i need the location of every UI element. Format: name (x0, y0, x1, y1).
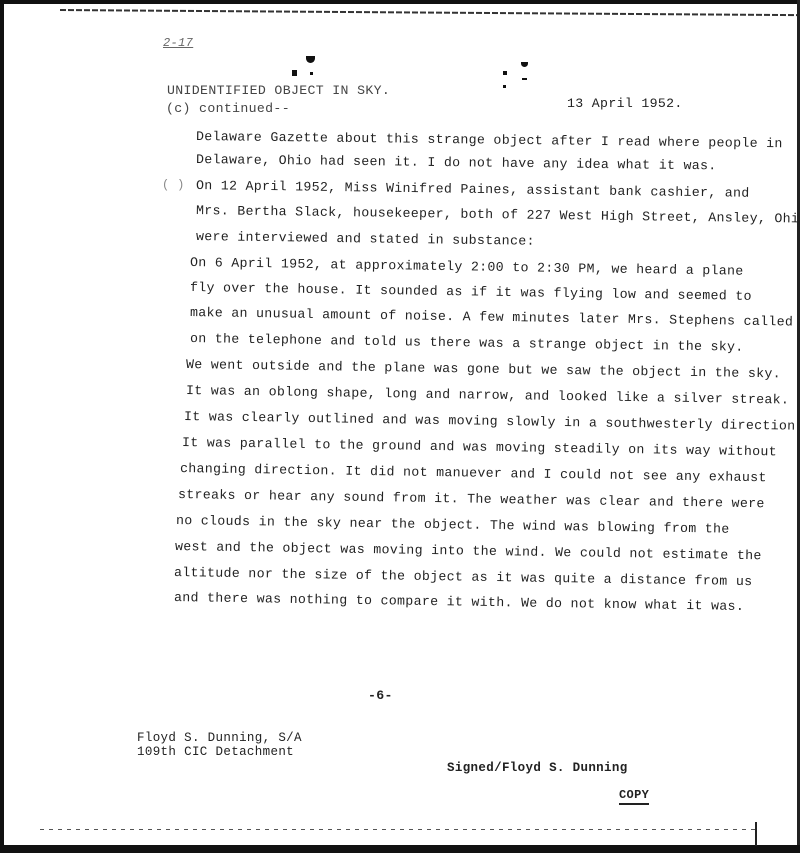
ink-speck (306, 56, 315, 63)
subject-heading: UNIDENTIFIED OBJECT IN SKY. (167, 83, 390, 98)
body-line: On 12 April 1952, Miss Winifred Paines, … (196, 178, 750, 201)
body-line: Mrs. Bertha Slack, housekeeper, both of … (196, 203, 800, 227)
document-date: 13 April 1952. (567, 96, 683, 111)
body-line: It was clearly outlined and was moving s… (184, 409, 800, 434)
ink-speck (292, 70, 297, 76)
ink-speck (503, 85, 506, 88)
agent-unit: 109th CIC Detachment (137, 745, 294, 759)
body-line: streaks or hear any sound from it. The w… (178, 487, 765, 511)
copy-stamp: COPY (619, 788, 649, 805)
body-line: fly over the house. It sounded as if it … (190, 280, 752, 304)
body-line: and there was nothing to compare it with… (174, 590, 744, 614)
body-line: on the telephone and told us there was a… (190, 331, 744, 355)
body-line: make an unusual amount of noise. A few m… (190, 305, 793, 329)
ink-speck (503, 71, 507, 75)
margin-mark: ( ) (162, 178, 185, 192)
scan-border-bottom (0, 845, 800, 853)
scan-mark (755, 822, 757, 846)
page-number: -6- (368, 688, 393, 703)
scan-border-top (0, 0, 800, 4)
scan-border-left (0, 0, 4, 853)
body-line: It was an oblong shape, long and narrow,… (186, 383, 789, 407)
ink-speck (521, 62, 528, 67)
body-line: altitude nor the size of the object as i… (174, 565, 753, 589)
agent-name: Floyd S. Dunning, S/A (137, 731, 302, 745)
body-line: were interviewed and stated in substance… (196, 229, 535, 249)
ink-speck (310, 72, 313, 75)
body-line: Delaware, Ohio had seen it. I do not hav… (196, 152, 717, 173)
scan-border-top-rule (60, 9, 800, 16)
scan-border-bottom-rule (40, 829, 760, 830)
signature: Signed/Floyd S. Dunning (447, 761, 628, 775)
ink-speck (522, 78, 527, 80)
body-line: changing direction. It did not manuever … (180, 461, 767, 485)
body-line: no clouds in the sky near the object. Th… (176, 513, 730, 537)
body-line: On 6 April 1952, at approximately 2:00 t… (190, 255, 744, 279)
body-line: Delaware Gazette about this strange obje… (196, 129, 783, 151)
body-line: west and the object was moving into the … (175, 539, 762, 563)
section-continued: (c) continued-- (166, 101, 290, 116)
body-line: We went outside and the plane was gone b… (186, 357, 781, 381)
page-reference: 2-17 (163, 36, 193, 50)
body-line: It was parallel to the ground and was mo… (182, 435, 777, 459)
